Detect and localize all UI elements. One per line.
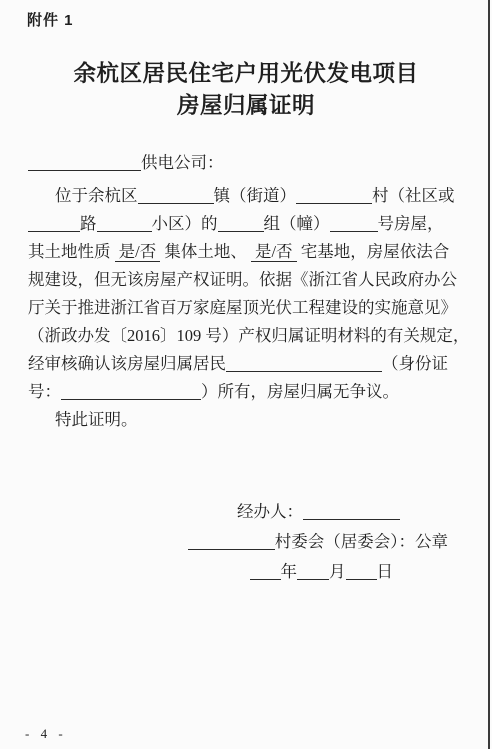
text-segment: 集体土地、 [160,242,251,261]
text-segment: 厅关于推进浙江省百万家庭屋顶光伏工程建设的实施意见》 [28,298,457,317]
blank-underline-field [303,504,400,521]
blank-underline-field [330,216,378,233]
document-line: （浙政办发〔2016〕109 号）产权归属证明材料的有关规定， [28,322,464,350]
document-line: 路小区）的组（幢）号房屋， [28,210,464,238]
text-segment: （身份证 [382,354,448,373]
text-segment: 小区）的 [152,214,218,233]
text-segment: 号： [28,382,61,401]
blank-underline-field [138,188,214,205]
text-segment: 日 [377,562,394,581]
blank-underline-field [28,155,141,172]
scan-edge-line [488,0,490,749]
blank-underline-field [218,216,264,233]
blank-underline-field [61,384,201,401]
text-segment: 供电公司： [141,153,224,172]
blank-underline-field [250,564,281,581]
text-segment: 位于余杭区 [55,186,138,205]
document-line: 号：）所有，房屋归属无争议。 [28,378,464,406]
signature-block: 经办人：村委会（居委会）：公章年月日 [28,497,464,587]
text-segment: ）所有，房屋归属无争议。 [201,382,399,401]
blank-underline-field [296,188,372,205]
blank-underline-field [226,356,382,373]
document-line: 特此证明。 [28,406,464,434]
signature-line: 村委会（居委会）：公章 [28,527,464,557]
text-segment: 规建设，但无该房屋产权证明。依据《浙江省人民政府办公 [28,270,457,289]
document-body: 供电公司：位于余杭区镇（街道）村（社区或路小区）的组（幢）号房屋，其土地性质 是… [28,149,464,587]
text-segment: 村（社区或 [372,186,455,205]
text-segment: 其土地性质 [28,242,115,261]
signature-line: 经办人： [28,497,464,527]
document-line: 厅关于推进浙江省百万家庭屋顶光伏工程建设的实施意见》 [28,294,464,322]
text-segment: 村委会（居委会）：公章 [275,532,448,551]
text-segment: 宅基地，房屋依法合 [297,242,450,261]
document-title-line-2: 房屋归属证明 [0,90,492,122]
underlined-text-segment: 是/否 [115,242,161,262]
text-segment: （浙政办发〔2016〕109 号）产权归属证明材料的有关规定， [28,326,469,345]
text-segment: 年 [281,562,298,581]
blank-underline-field [28,216,80,233]
document-line: 经审核确认该房屋归属居民（身份证 [28,350,464,378]
text-segment: 月 [329,562,346,581]
document-line: 供电公司： [28,149,464,177]
blank-underline-field [346,564,377,581]
attachment-label: 附件 1 [0,0,492,30]
text-segment: 路 [80,214,97,233]
body-paragraphs: 供电公司：位于余杭区镇（街道）村（社区或路小区）的组（幢）号房屋，其土地性质 是… [28,149,464,434]
text-segment: 特此证明。 [55,410,138,429]
document-title-line-1: 余杭区居民住宅户用光伏发电项目 [0,58,492,90]
blank-underline-field [297,564,329,581]
document-line: 其土地性质 是/否 集体土地、 是/否 宅基地，房屋依法合 [28,238,464,266]
signature-line: 年月日 [28,557,464,587]
text-segment: 号房屋， [378,214,444,233]
page-number: - 4 - [25,726,67,742]
text-segment: 经办人： [237,502,303,521]
text-segment: 镇（街道） [214,186,297,205]
document-line: 规建设，但无该房屋产权证明。依据《浙江省人民政府办公 [28,266,464,294]
document-title: 余杭区居民住宅户用光伏发电项目 房屋归属证明 [0,58,492,122]
underlined-text-segment: 是/否 [251,242,297,262]
blank-underline-field [97,216,152,233]
text-segment: 组（幢） [264,214,330,233]
document-line: 位于余杭区镇（街道）村（社区或 [28,182,464,210]
blank-underline-field [188,534,275,551]
text-segment: 经审核确认该房屋归属居民 [28,354,226,373]
